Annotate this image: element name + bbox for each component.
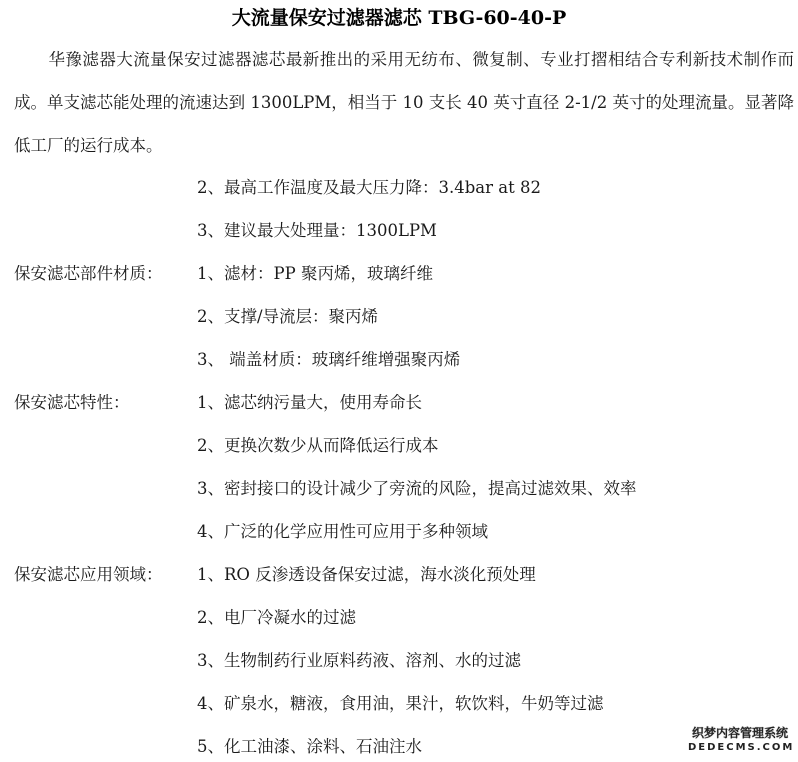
- intro-paragraph: 华豫滤器大流量保安过滤器滤芯最新推出的采用无纺布、微复制、专业打摺相结合专利新技…: [14, 38, 794, 167]
- intro-text: 华豫滤器大流量保安过滤器滤芯最新推出的采用无纺布、微复制、专业打摺相结合专利新技…: [14, 50, 794, 155]
- applications-item: 3、生物制药行业原料药液、溶剂、水的过滤: [197, 647, 521, 675]
- watermark-line2: DEDECMS.COM: [688, 741, 792, 754]
- applications-item: 1、RO 反渗透设备保安过滤，海水淡化预处理: [197, 561, 536, 589]
- document-title: 大流量保安过滤器滤芯 TBG-60-40-P: [0, 4, 798, 32]
- materials-item: 1、滤材：PP 聚丙烯，玻璃纤维: [197, 260, 433, 288]
- features-item: 4、广泛的化学应用性可应用于多种领域: [197, 518, 488, 546]
- features-item: 1、滤芯纳污量大，使用寿命长: [197, 389, 422, 417]
- materials-label: 保安滤芯部件材质：: [14, 260, 163, 288]
- applications-label: 保安滤芯应用领域：: [14, 561, 163, 589]
- materials-item: 3、 端盖材质：玻璃纤维增强聚丙烯: [197, 346, 460, 374]
- features-label: 保安滤芯特性：: [14, 389, 130, 417]
- applications-item: 5、化工油漆、涂料、石油注水: [197, 733, 422, 761]
- applications-item: 4、矿泉水，糖液，食用油，果汁，软饮料，牛奶等过滤: [197, 690, 604, 718]
- spec-item: 3、建议最大处理量：1300LPM: [197, 217, 437, 245]
- applications-item: 2、电厂冷凝水的过滤: [197, 604, 356, 632]
- features-item: 2、更换次数少从而降低运行成本: [197, 432, 439, 460]
- watermark-line1: 织梦内容管理系统: [688, 726, 792, 741]
- spec-item: 2、最高工作温度及最大压力降：3.4bar at 82: [197, 174, 541, 202]
- features-item: 3、密封接口的设计减少了旁流的风险，提高过滤效果、效率: [197, 475, 637, 503]
- watermark-logo: 织梦内容管理系统 DEDECMS.COM: [688, 726, 792, 756]
- materials-item: 2、支撑/导流层：聚丙烯: [197, 303, 378, 331]
